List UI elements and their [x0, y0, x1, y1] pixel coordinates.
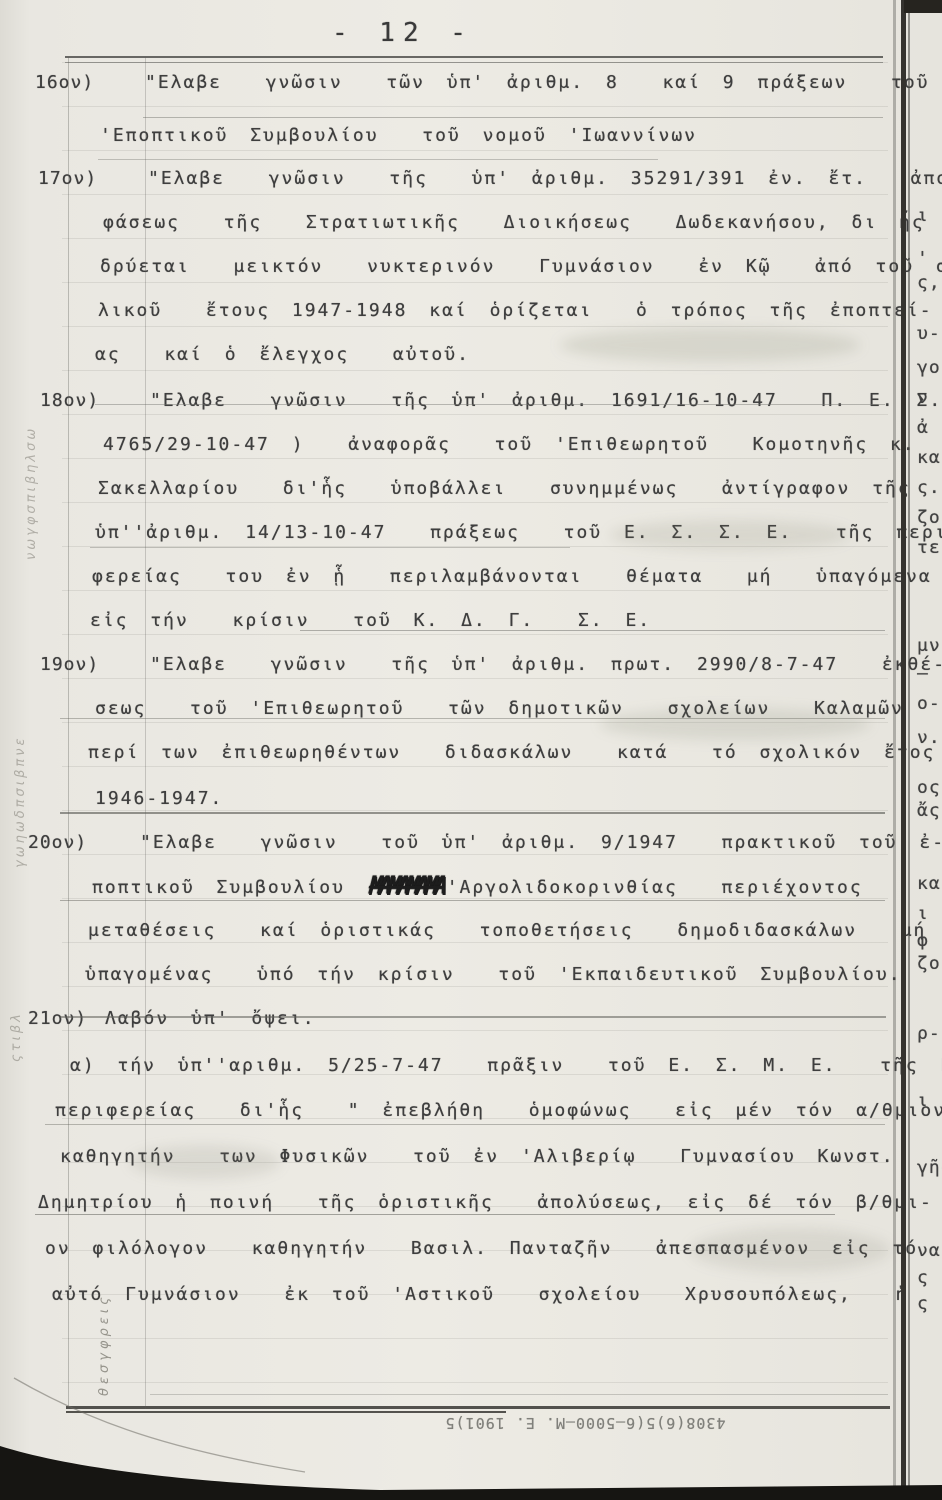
text-line: περιφερείας δι'ἧς " ἐπεβλήθη ὁμοφώνως εἰ…: [55, 1100, 942, 1122]
black-scan-band: [0, 1446, 942, 1500]
edge-text-fragment: ς: [917, 1267, 929, 1288]
item-number: 16ον): [35, 72, 94, 94]
scanned-document-page: - 12 - 16ον)"Ελαβε γνῶσιν τῶν ὑπ' ἀριθμ.…: [0, 0, 942, 1500]
text-line: "Ελαβε γνῶσιν τῶν ὑπ' ἀριθμ. 8 καί 9 πρά…: [145, 72, 930, 94]
edge-text-fragment: τε: [917, 537, 941, 558]
text-line: "Ελαβε γνῶσιν τῆς ὑπ' ἀριθμ. 35291/391 ἐ…: [148, 168, 942, 190]
item-number: 19ον): [40, 654, 99, 676]
item-number: 20ον): [28, 832, 87, 854]
text-line: φάσεως τῆς Στρατιωτικῆς Διοικήσεως Δωδεκ…: [103, 212, 942, 234]
text-line: Λαβόν ὑπ' ὄψει.: [105, 1008, 316, 1030]
text-line: δρύεται μεικτόν νυκτερινόν Γυμνάσιον ἐν …: [100, 256, 942, 278]
ruled-line: [65, 56, 883, 58]
margin-handwriting: γωηωδπσιβπνε: [13, 735, 28, 868]
bleedthrough-smudge: [560, 328, 860, 362]
text-line: 4765/29-10-47 ) ἀναφορᾶς τοῦ 'Επιθεωρητο…: [103, 434, 916, 456]
text-line: 'Εποπτικοῦ Συμβουλίου τοῦ νομοῦ 'Ιωαννίν…: [100, 125, 697, 147]
edge-text-fragment: ο-: [917, 693, 941, 714]
edge-text-fragment: ι: [917, 903, 929, 924]
text-line: α) τήν ὑπ''αριθμ. 5/25-7-47 πρᾶξιν τοῦ Ε…: [70, 1055, 942, 1077]
text-line: μεταθέσεις καί ὁριστικάς τοποθετήσεις δη…: [88, 920, 926, 942]
text-line: ον φιλόλογον καθηγητήν Βασιλ. Πανταζῆν ἀ…: [45, 1238, 918, 1260]
text-segment: 'Αργολιδοκορινθίας περιέχοντος: [447, 877, 863, 898]
text-line: περί των ἐπιθεωρηθέντων διδασκάλων κατά …: [88, 742, 935, 764]
text-line: λικοῦ ἔτους 1947-1948 καί ὁρίζεται ὁ τρό…: [98, 300, 933, 322]
ruled-line: [143, 117, 883, 118]
edge-text-fragment: κα: [917, 447, 941, 468]
text-line: καθηγητήν των Φυσικῶν τοῦ ἐν 'Αλιβερίῳ Γ…: [60, 1146, 895, 1168]
edge-text-fragment: γῆς: [917, 1157, 942, 1178]
edge-text-fragment: ρ-: [917, 1023, 941, 1044]
edge-text-fragment: —: [917, 663, 929, 684]
page-number: - 12 -: [332, 18, 474, 48]
text-line: 1946-1947.: [95, 788, 223, 810]
ruled-line: [90, 547, 570, 548]
margin-handwriting: ςτιβλ: [9, 1011, 24, 1062]
ruled-line: [66, 1411, 506, 1413]
text-segment: ποπτικοῦ Συμβουλίου: [92, 877, 367, 898]
edge-text-fragment: ἀ: [917, 417, 929, 438]
ruled-line: [60, 812, 885, 814]
ruled-line: [150, 1394, 888, 1395]
ruled-line: [98, 159, 658, 160]
ruled-line: [66, 1406, 890, 1409]
text-line: ας καί ὁ ἔλεγχος αὐτοῦ.: [95, 344, 470, 366]
scribbled-out-word: ΜΛΜΛΜΛΜΛ: [366, 875, 446, 900]
ruled-line: [35, 1214, 835, 1215]
text-line: ποπτικοῦ Συμβουλίου ΜΛΜΛΜΛΜΛ'Αργολιδοκορ…: [92, 876, 863, 899]
margin-handwriting: νωγφσπιβηλσω: [24, 426, 39, 560]
edge-text-fragment: ς: [917, 1293, 929, 1314]
text-line: "Ελαβε γνῶσιν τῆς ὑπ' ἀριθμ. 1691/16-10-…: [150, 390, 942, 412]
edge-text-fragment: γο: [917, 357, 941, 378]
text-line: αὐτό Γυμνάσιον ἐκ τοῦ 'Αστικοῦ σχολείου …: [52, 1284, 908, 1306]
item-number: 21ον): [28, 1008, 87, 1030]
margin-handwriting: θεσγφρεις: [97, 1293, 112, 1396]
edge-text-fragment: ν: [917, 387, 929, 408]
text-line: "Ελαβε γνῶσιν τῆς ὑπ' ἀριθμ. πρωτ. 2990/…: [150, 654, 942, 676]
edge-text-fragment: μν: [917, 635, 941, 656]
printer-stamp-upside-down: 4308(6)5(6—5000—Μ. Ε. 1901)5: [415, 1414, 755, 1432]
edge-text-fragment: ἄς: [917, 800, 941, 821]
edge-text-fragment: ': [917, 248, 929, 269]
edge-text-fragment: ς.: [917, 477, 941, 498]
ruled-line: [65, 62, 883, 63]
edge-text-fragment: ν.: [917, 727, 941, 748]
edge-text-fragment: ι: [917, 205, 929, 226]
text-line: "Ελαβε γνῶσιν τοῦ ὑπ' ἀριθμ. 9/1947 πρακ…: [140, 832, 942, 854]
edge-text-fragment: να.: [917, 1240, 942, 1261]
item-number: 18ον): [40, 390, 99, 412]
edge-text-fragment: υ-: [917, 323, 941, 344]
text-line: Δημητρίου ἡ ποινή τῆς ὁριστικῆς ἀπολύσεω…: [38, 1192, 933, 1214]
scan-corner-dark-patch: [904, 0, 942, 13]
edge-text-fragment: ς,: [917, 272, 941, 293]
edge-text-fragment: φ: [917, 930, 929, 951]
text-line: ὑπαγομένας ὑπό τήν κρίσιν τοῦ 'Εκπαιδευτ…: [85, 964, 902, 986]
ruled-line: [60, 900, 885, 901]
text-line: σεως τοῦ 'Επιθεωρητοῦ τῶν δημοτικῶν σχολ…: [95, 698, 904, 720]
edge-text-fragment: ος: [917, 777, 941, 798]
ruled-line: [45, 1124, 885, 1125]
text-line: ὑπ''ἀριθμ. 14/13-10-47 πράξεως τοῦ Ε. Σ.…: [95, 522, 942, 544]
edge-text-fragment: ζο: [917, 953, 941, 974]
edge-text-fragment: ζο: [917, 507, 941, 528]
text-line: εἰς τήν κρίσιν τοῦ Κ. Δ. Γ. Σ. Ε.: [90, 610, 651, 632]
edge-text-fragment: ι: [917, 1090, 929, 1111]
text-line: Σακελλαρίου δι'ἧς ὑποβάλλει συνημμένως ἀ…: [98, 478, 911, 500]
text-line: φερείας του ἐν ᾗ περιλαμβάνονται θέματα …: [92, 566, 932, 588]
edge-text-fragment: κα-: [917, 873, 942, 894]
item-number: 17ον): [38, 168, 97, 190]
page-curl-line: [14, 1378, 305, 1472]
